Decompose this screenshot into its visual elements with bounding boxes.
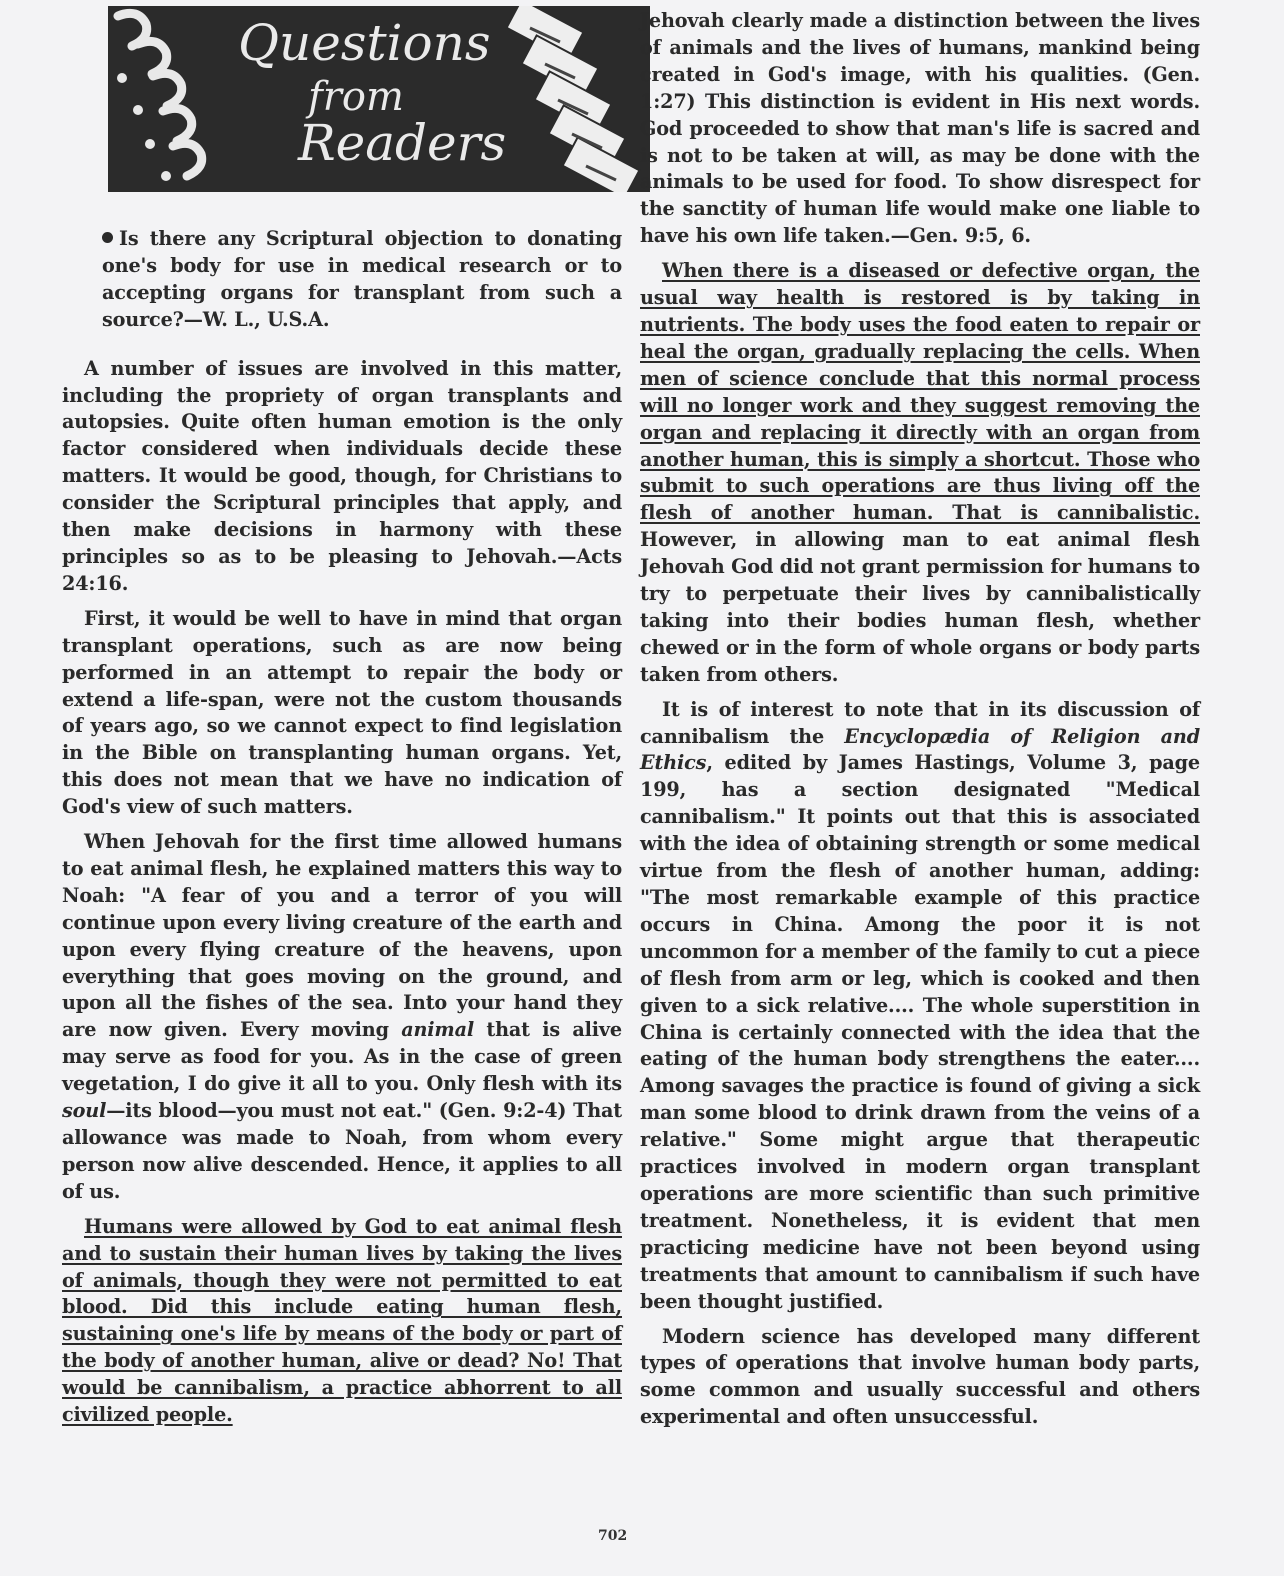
underlined-paragraph: When there is a diseased or defective or…: [640, 258, 1200, 689]
paragraph: First, it would be well to have in mind …: [62, 606, 622, 821]
underlined-paragraph: Humans were allowed by God to eat animal…: [62, 1214, 622, 1429]
text-run: When Jehovah for the first time allowed …: [62, 830, 622, 1041]
text-run: , edited by James Hastings, Volume 3, pa…: [640, 751, 1200, 1312]
paragraph: Jehovah clearly made a distinction betwe…: [640, 8, 1200, 250]
question-text: Is there any Scriptural objection to don…: [102, 227, 622, 331]
text-run: However, in allowing man to eat animal f…: [640, 528, 1200, 686]
letters-envelopes-icon: [500, 6, 650, 192]
italic-text: animal: [401, 1018, 474, 1041]
bullet-icon: [102, 232, 113, 243]
question-attribution: —W. L., U.S.A.: [184, 308, 330, 331]
paragraph: It is of interest to note that in its di…: [640, 697, 1200, 1316]
banner-title-line3: Readers: [298, 114, 506, 172]
reader-question: Is there any Scriptural objection to don…: [62, 226, 622, 334]
banner-title-line1: Questions: [238, 14, 491, 72]
questions-from-readers-banner: Questions from Readers: [108, 6, 650, 192]
question-marks-decoration-icon: [108, 6, 228, 192]
paragraph: A number of issues are involved in this …: [62, 356, 622, 598]
right-column: Jehovah clearly made a distinction betwe…: [640, 8, 1200, 1439]
page-number: 702: [598, 1528, 627, 1544]
underlined-text: Humans were allowed by God to eat animal…: [62, 1215, 622, 1426]
left-column: Is there any Scriptural objection to don…: [62, 226, 622, 1437]
paragraph: When Jehovah for the first time allowed …: [62, 829, 622, 1206]
banner-title: Questions from Readers: [238, 14, 538, 184]
underlined-text: When there is a diseased or defective or…: [640, 259, 1200, 524]
italic-text: soul: [62, 1099, 106, 1122]
text-run: —its blood—you must not eat." (Gen. 9:2-…: [62, 1099, 622, 1203]
paragraph: Modern science has developed many differ…: [640, 1324, 1200, 1432]
